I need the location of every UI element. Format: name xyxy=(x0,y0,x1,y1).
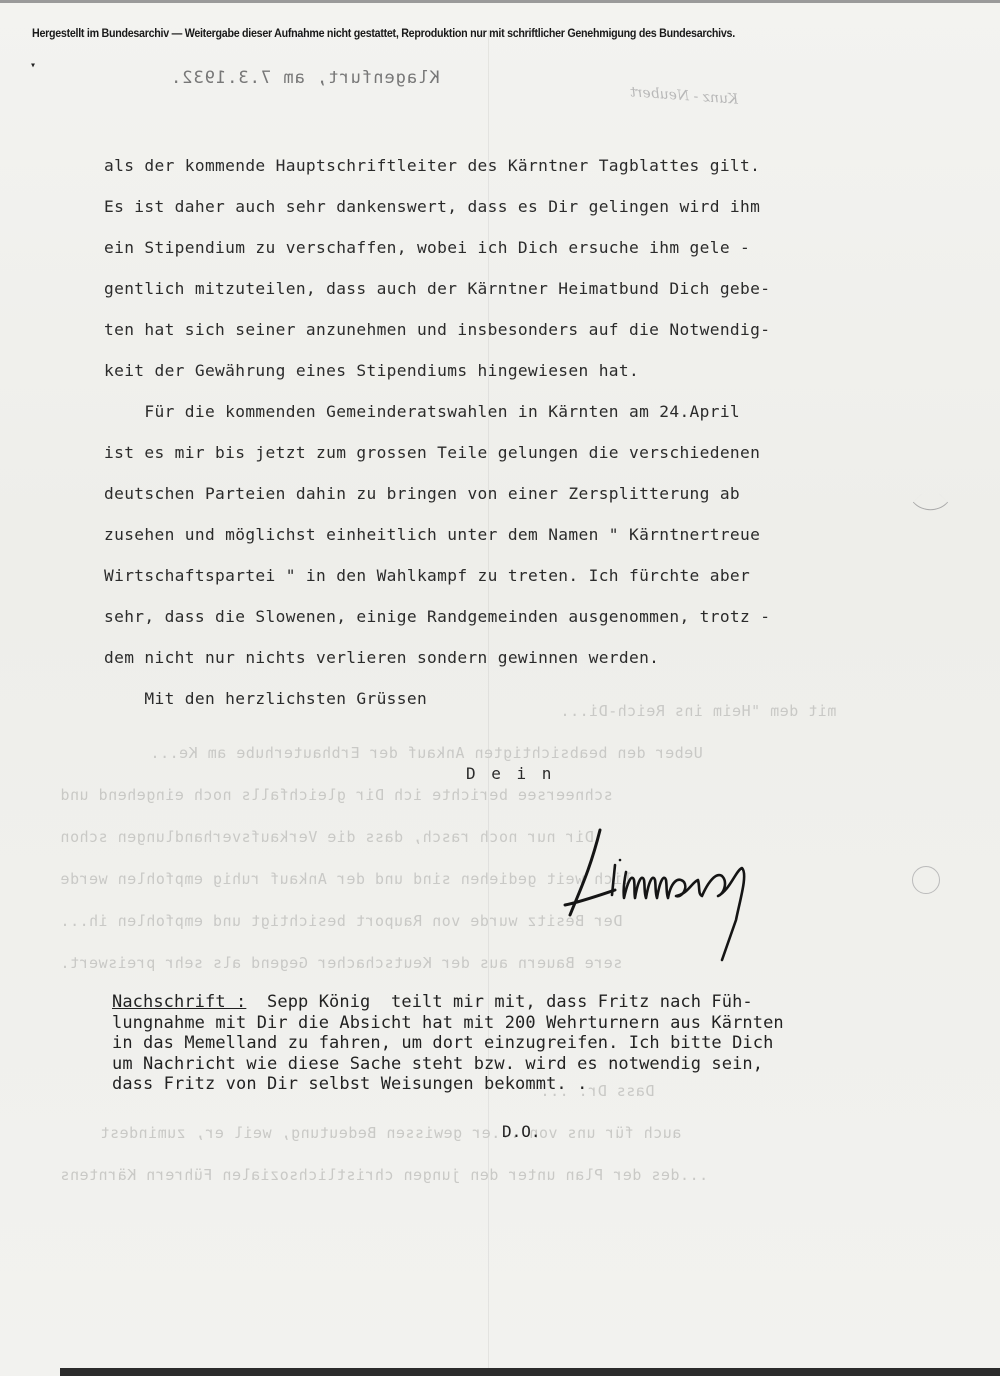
handwritten-signature xyxy=(560,810,800,970)
closing-word: D e i n xyxy=(466,764,554,783)
body-line: keit der Gewährung eines Stipendiums hin… xyxy=(104,361,964,402)
postscript-line: lungnahme mit Dir die Absicht hat mit 20… xyxy=(112,1013,952,1034)
body-line: Es ist daher auch sehr dankenswert, dass… xyxy=(104,197,964,238)
body-line: gentlich mitzuteilen, dass auch der Kärn… xyxy=(104,279,964,320)
postscript-text: Sepp König teilt mir mit, dass Fritz nac… xyxy=(246,992,752,1012)
archive-notice: Hergestellt im Bundesarchiv — Weitergabe… xyxy=(32,28,925,40)
bleedthrough-line: Der Besitz wurde von Rauport besichtigt … xyxy=(60,912,622,930)
punch-hole-mark xyxy=(912,866,940,894)
body-line: als der kommende Hauptschriftleiter des … xyxy=(104,156,964,197)
body-line: Für die kommenden Gemeinderatswahlen in … xyxy=(104,402,964,443)
postscript: Nachschrift : Sepp König teilt mir mit, … xyxy=(112,992,952,1095)
postscript-line: dass Fritz von Dir selbst Weisungen beko… xyxy=(112,1074,952,1095)
body-line: sehr, dass die Slowenen, einige Randgeme… xyxy=(104,607,964,648)
body-line: zusehen und möglichst einheitlich unter … xyxy=(104,525,964,566)
body-line: deutschen Parteien dahin zu bringen von … xyxy=(104,484,964,525)
bleedthrough-line: auch für uns von ...er gewissen Bedeutun… xyxy=(100,1124,681,1142)
postscript-line: um Nachricht wie diese Sache steht bzw. … xyxy=(112,1054,952,1075)
bleedthrough-line: Ueber den beabsichtigten Ankauf der Erbh… xyxy=(150,744,703,762)
document-page: Hergestellt im Bundesarchiv — Weitergabe… xyxy=(0,0,1000,1376)
scan-bottom-edge xyxy=(60,1368,1000,1376)
mirrored-date-line: Klagenfurt, am 7.3.1932. xyxy=(170,68,440,88)
initials: D.O. xyxy=(502,1122,541,1141)
body-line: ist es mir bis jetzt zum grossen Teile g… xyxy=(104,443,964,484)
body-line: Mit den herzlichsten Grüssen xyxy=(104,689,964,730)
margin-mark-icon: ▾ xyxy=(30,60,36,71)
body-line: ten hat sich seiner anzunehmen und insbe… xyxy=(104,320,964,361)
postscript-label: Nachschrift : xyxy=(112,992,246,1012)
bleedthrough-line: ...des der Plan unter den jungen christl… xyxy=(60,1166,708,1184)
handwritten-note: Kunz - Neubert xyxy=(630,84,739,108)
bleedthrough-line: lich weit gediehen sind und der Ankauf r… xyxy=(60,870,632,888)
postscript-line: in das Memelland zu fahren, um dort einz… xyxy=(112,1033,952,1054)
bleedthrough-line: Dir nur noch rasch, dass die Verkaufsver… xyxy=(60,828,594,846)
bleedthrough-line: schneersee berichte ich Dir gleichfalls … xyxy=(60,786,613,804)
scan-top-edge xyxy=(0,0,1000,3)
body-line: Wirtschaftspartei " in den Wahlkampf zu … xyxy=(104,566,964,607)
body-line: dem nicht nur nichts verlieren sondern g… xyxy=(104,648,964,689)
postscript-line: Nachschrift : Sepp König teilt mir mit, … xyxy=(112,992,952,1013)
bleedthrough-line: sere Bauern aus der Keutschacher Gegend … xyxy=(60,954,622,972)
letter-body: als der kommende Hauptschriftleiter des … xyxy=(104,156,964,730)
body-line: ein Stipendium zu verschaffen, wobei ich… xyxy=(104,238,964,279)
